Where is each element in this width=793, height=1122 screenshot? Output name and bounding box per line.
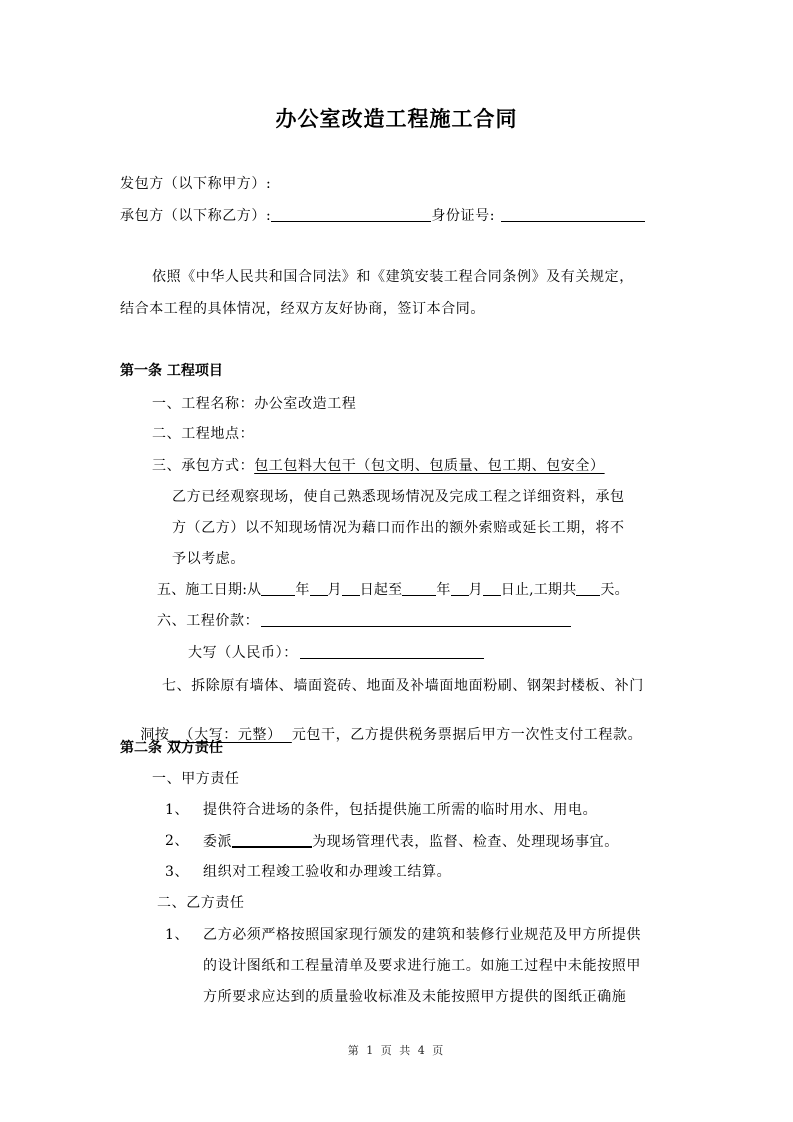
party-b-duty-1: 1、 — [165, 926, 189, 944]
duty-2-suffix: 为现场管理代表，监督、检查、处理现场事宜。 — [312, 834, 619, 850]
contract-method-line: 三、承包方式：包工包料大包干（包文明、包质量、包工期、包安全） — [152, 457, 605, 475]
site-note-line-1: 乙方已经观察现场，使自己熟悉现场情况及完成工程之详细资料，承包 — [172, 488, 625, 506]
contract-price-label: 六、工程价款： — [157, 613, 259, 629]
party-a-duty-3: 3、 — [165, 863, 189, 881]
contract-method-value: 包工包料大包干（包文明、包质量、包工期、包安全） — [254, 458, 604, 474]
party-b-name-field[interactable] — [271, 207, 431, 222]
site-note-line-3: 予以考虑。 — [172, 550, 245, 568]
price-in-words-line: 大写（人民币）： — [188, 644, 484, 662]
end-year-field[interactable] — [402, 581, 436, 596]
demolition-line-1: 七、拆除原有墙体、墙面瓷砖、地面及补墙面地面粉刷、钢架封楼板、补门 — [162, 677, 644, 695]
party-a-duty-3-text: 组织对工程竣工验收和办理竣工结算。 — [203, 863, 451, 881]
duty-2-prefix: 委派 — [203, 834, 232, 850]
id-number-field[interactable] — [501, 207, 645, 222]
contract-price-field[interactable] — [261, 612, 571, 627]
project-name: 一、工程名称：办公室改造工程 — [152, 395, 356, 413]
page-footer: 第 1 页 共 4 页 — [0, 1042, 793, 1058]
end-day-field[interactable] — [483, 581, 501, 596]
year-label-1: 年 — [295, 582, 309, 598]
contract-method-label: 三、承包方式： — [152, 458, 254, 474]
party-a-duties-heading: 一、甲方责任 — [152, 770, 240, 788]
party-a-duty-1: 1、 — [165, 801, 189, 819]
month-label-2: 月 — [469, 582, 483, 598]
intro-line-2: 结合本工程的具体情况，经双方友好协商，签订本合同。 — [120, 300, 485, 318]
year-label-2: 年 — [436, 582, 450, 598]
start-month-field[interactable] — [310, 581, 328, 596]
start-day-field[interactable] — [342, 581, 360, 596]
party-a-duty-2-text: 委派为现场管理代表，监督、检查、处理现场事宜。 — [203, 832, 619, 851]
end-month-field[interactable] — [451, 581, 469, 596]
days-label: 天。 — [600, 582, 628, 598]
dates-prefix: 五、施工日期:从 — [157, 582, 261, 598]
id-label: 身份证号: — [431, 208, 495, 224]
day-from-label: 日起至 — [360, 582, 403, 598]
total-days-field[interactable] — [576, 581, 600, 596]
demolition-suffix: 元包干，乙方提供税务票据后甲方一次性支付工程款。 — [292, 727, 642, 743]
price-in-words-label: 大写（人民币）： — [188, 645, 298, 661]
contract-price-line: 六、工程价款： — [157, 612, 571, 630]
party-b-duty-1-line-1: 乙方必须严格按照国家现行颁发的建筑和装修行业规范及甲方所提供 — [203, 926, 641, 944]
duty-number: 2、 — [165, 833, 189, 849]
party-b-duties-heading: 二、乙方责任 — [157, 894, 245, 912]
price-in-words-field[interactable] — [300, 644, 484, 659]
intro-line-1: 依照《中华人民共和国合同法》和《建筑安装工程合同条例》及有关规定， — [152, 268, 634, 286]
start-year-field[interactable] — [261, 581, 295, 596]
page-title: 办公室改造工程施工合同 — [0, 103, 793, 133]
day-to-label: 日止,工期共 — [501, 582, 577, 598]
party-b-line: 承包方（以下称乙方）:身份证号: — [120, 207, 645, 225]
site-note-line-2: 方（乙方）以不知现场情况为藉口而作出的额外索赔或延长工期，将不 — [172, 519, 625, 537]
duty-number: 1、 — [165, 927, 189, 943]
project-location: 二、工程地点： — [152, 425, 254, 443]
duty-number: 3、 — [165, 864, 189, 880]
article-2-heading: 第二条 双方责任 — [120, 739, 223, 757]
construction-dates-line: 五、施工日期:从年月日起至年月日止,工期共天。 — [157, 581, 629, 599]
party-a-duty-2: 2、 — [165, 832, 189, 850]
party-b-duty-1-line-2: 的设计图纸和工程量清单及要求进行施工。如施工过程中未能按照甲 — [203, 957, 641, 975]
party-a-label: 发包方（以下称甲方）: — [120, 175, 271, 193]
month-label-1: 月 — [328, 582, 342, 598]
party-b-label: 承包方（以下称乙方）: — [120, 208, 271, 224]
site-representative-field[interactable] — [232, 832, 312, 848]
article-1-heading: 第一条 工程项目 — [120, 362, 223, 380]
party-b-duty-1-line-3: 方所要求应达到的质量验收标准及未能按照甲方提供的图纸正确施 — [203, 988, 626, 1006]
duty-number: 1、 — [165, 802, 189, 818]
party-a-duty-1-text: 提供符合进场的条件，包括提供施工所需的临时用水、用电。 — [203, 801, 597, 819]
